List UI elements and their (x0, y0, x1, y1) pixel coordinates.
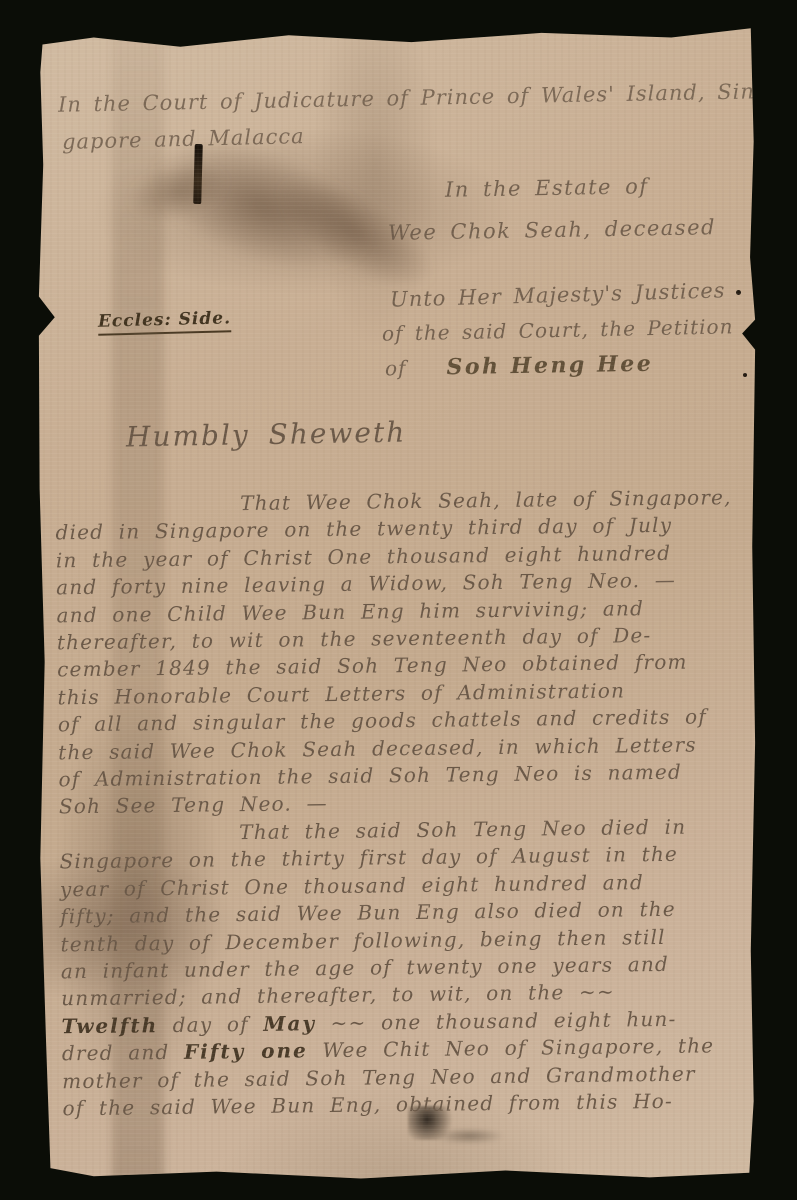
estate-title-line-1: In the Estate of (445, 174, 649, 202)
manuscript-text: That the said Soh Teng Neo died in (239, 815, 686, 844)
manuscript-text: of Administration the said Soh Teng Neo … (58, 760, 682, 792)
petition-address-line-3: ofSoh Heng Hee (385, 351, 654, 382)
manuscript-text: ~~ one thousand eight hun- (316, 1007, 677, 1035)
petition-address-line-2: of the said Court, the Petition (382, 314, 734, 345)
emphasized-text: Twelfth (61, 1013, 158, 1038)
manuscript-text: That Wee Chok Seah, late of Singapore, (240, 485, 732, 515)
petition-address-line-1: Unto Her Majesty's Justices (390, 278, 726, 311)
manuscript-text: Singapore on the thirty first day of Aug… (59, 842, 678, 874)
dark-pen-mark (193, 144, 203, 204)
margin-note: Eccles: Side. (98, 308, 232, 335)
manuscript-text: of the said Wee Bun Eng, obtained from t… (62, 1089, 673, 1120)
manuscript-text: Wee Chit Neo of Singapore, the (308, 1033, 715, 1062)
manuscript-body: That Wee Chok Seah, late of Singapore,di… (55, 484, 775, 1123)
manuscript-text: day of (158, 1012, 263, 1037)
manuscript-text: unmarried; and thereafter, to wit, on th… (61, 980, 615, 1011)
court-header-line-1: In the Court of Judicature of Prince of … (58, 79, 763, 117)
salutation: Humbly Sheweth (126, 416, 407, 454)
ink-speck (743, 373, 747, 377)
ink-blot-smear (434, 1128, 504, 1144)
estate-title-line-2: Wee Chok Seah, deceased (388, 215, 716, 245)
scanned-manuscript-photo: { "page": { "background_color": "#0b0d07… (0, 0, 797, 1200)
ink-speck (736, 290, 741, 295)
manuscript-text: fifty; and the said Wee Bun Eng also die… (60, 897, 676, 929)
emphasized-text: Fifty one (184, 1038, 308, 1064)
manuscript-text: dred and (62, 1040, 184, 1065)
manuscript-page: In the Court of Judicature of Prince of … (36, 26, 758, 1182)
manuscript-text: year of Christ One thousand eight hundre… (60, 870, 644, 901)
petitioner-name: Soh Heng Hee (446, 351, 653, 381)
manuscript-paragraph: That Wee Chok Seah, late of Singapore,di… (55, 484, 771, 822)
manuscript-text: Soh See Teng Neo. — (59, 792, 328, 819)
manuscript-text: and forty nine leaving a Widow, Soh Teng… (56, 568, 676, 600)
emphasized-text: May (263, 1011, 316, 1036)
manuscript-paragraph: That the said Soh Teng Neo died inSingap… (59, 813, 775, 1123)
manuscript-text: this Honorable Court Letters of Administ… (57, 678, 625, 709)
petition-of-label: of (385, 356, 407, 380)
top-smudge-stain-head (123, 152, 234, 231)
court-header-line-2: gapore and Malacca (62, 124, 305, 154)
